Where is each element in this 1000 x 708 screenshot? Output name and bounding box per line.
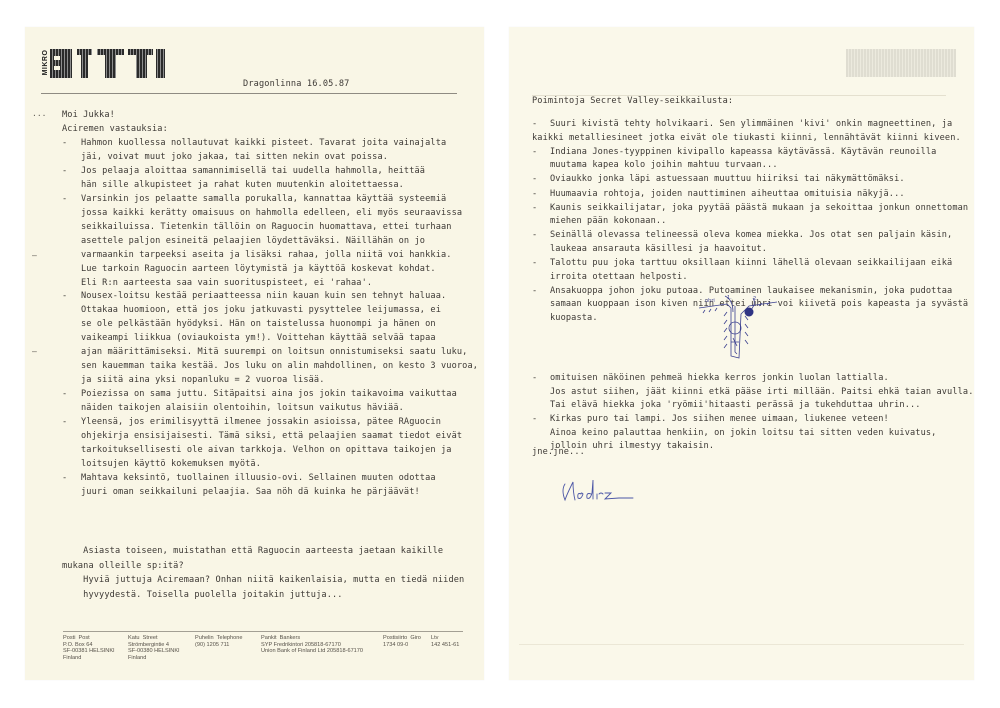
answer-line: seikkailuissa. Tietenkin tällöin on Ragu… (81, 222, 452, 232)
margin-mark: — (32, 347, 37, 356)
answer-line: Lue tarkoin Raguocin aarteen löytymistä … (81, 264, 436, 274)
footer-line: Ltv (431, 635, 459, 642)
footer-line: Katu Street (128, 635, 180, 642)
bullet-dash: - (532, 414, 537, 424)
answer-line: se ole pelkästään hyödyksi. Hän on taist… (81, 319, 436, 329)
answer-line: varmaankin tarpeeksi aseita ja lisäksi r… (81, 250, 452, 260)
margin-mark: ... (32, 109, 46, 118)
footer-line: SF-00380 HELSINKI (128, 648, 180, 655)
bullet-dash: - (62, 291, 67, 301)
closing-line: mukana olleille sp:itä? (62, 561, 184, 571)
answer-line: ohjekirja ensisijaisesti. Tämä siksi, et… (81, 431, 462, 441)
answer-line: Jos pelaaja aloittaa samannimisellä tai … (81, 166, 425, 176)
greeting: Moi Jukka! (62, 110, 115, 120)
answer-line: tarkoituksellisesti ole aivan tarkkoja. … (81, 445, 452, 455)
idea-line: Suuri kivistä tehty holvikaari. Sen ylim… (550, 119, 952, 129)
answer-line: jäi, voivat muut joko jakaa, tai sitten … (81, 152, 388, 162)
bullet-dash: - (62, 166, 67, 176)
footer-column: Katu StreetStrömbergintie 4SF-00380 HELS… (128, 635, 180, 661)
letter-page-left: MIKRO Dragonlinna 16.05.87 ... — — Moi J… (25, 27, 484, 680)
footer-column: Postisiirto Giro1734 09-0 (383, 635, 421, 648)
bullet-dash: - (532, 258, 537, 268)
footer-line: Finland (128, 655, 180, 662)
idea-line: Tai elävä hiekka joka 'ryömii'hitaasti p… (550, 400, 921, 410)
footer-line: P.O. Box 64 (63, 642, 115, 649)
idea-line: Talottu puu joka tarttuu oksillaan kiinn… (550, 258, 952, 268)
answer-line: Ottakaa huomioon, että jos joku jatkuvas… (81, 305, 441, 315)
footer-line: Strömbergintie 4 (128, 642, 180, 649)
logo-mikro-text: MIKRO (42, 48, 49, 77)
footer-line: SYP Fredrikintori 205818-67170 (261, 642, 363, 649)
idea-line: irroita otettaan helposti. (550, 272, 688, 282)
answer-line: hän sille alkupisteet ja rahat kuten muu… (81, 180, 404, 190)
handwritten-signature (559, 476, 639, 506)
sketch-label-2: 2. (753, 296, 758, 302)
bullet-dash: - (62, 417, 67, 427)
footer-column: Pankit BankersSYP Fredrikintori 205818-6… (261, 635, 363, 655)
idea-line: Indiana Jones-tyyppinen kivipallo kapeas… (550, 147, 936, 157)
bullet-dash: - (532, 373, 537, 383)
answer-line: Eli R:n aarteesta saa vain suorituspiste… (81, 278, 372, 288)
answer-line: loitsujen käyttö kokemuksen myötä. (81, 459, 261, 469)
idea-line: muutama kapea kolo joihin mahtuu turvaan… (550, 160, 778, 170)
answer-line: näiden taikojen alaisiin olentoihin, loi… (81, 403, 404, 413)
footer-column: Posti PostP.O. Box 64SF-00381 HELSINKIFi… (63, 635, 115, 661)
bullet-dash: - (532, 203, 537, 213)
idea-line: omituisen näköinen pehmeä hiekka kerros … (550, 373, 889, 383)
answer-line: ja siitä aina yksi nopanluku = 2 vuoroa … (81, 375, 325, 385)
sketch-label-victim: uhri (705, 298, 715, 304)
answer-line: Nousex-loitsu kestää periaatteessa niin … (81, 291, 446, 301)
answer-line: Hahmon kuollessa nollautuvat kaikki pist… (81, 138, 446, 148)
intro: Aciremen vastauksia: (62, 124, 168, 134)
header-rule (41, 93, 457, 94)
mikrobitti-logo: MIKRO (41, 49, 165, 78)
answer-line: Mahtava keksintö, tuollainen illuusio-ov… (81, 473, 436, 483)
closing-line: Hyviä juttuja Aciremaan? Onhan niitä kai… (62, 575, 464, 585)
idea-line: Seinällä olevassa telineessä oleva komea… (550, 230, 952, 240)
closing-line: Asiasta toiseen, muistathan että Raguoci… (62, 546, 443, 556)
footer-line: Union Bank of Finland Ltd 205818-67170 (261, 648, 363, 655)
bullet-dash: - (532, 119, 537, 129)
pit-trap-sketch: uhri 1. 2. (697, 294, 797, 364)
answer-line: Poiezissa on sama juttu. Sitäpaitsi aina… (81, 389, 457, 399)
idea-line: miehen pään kokonaan.. (550, 216, 666, 226)
answer-line: sen kauemman taika kestää. Jos luku on a… (81, 361, 478, 371)
answer-line: Yleensä, jos erimilisyyttä ilmenee jossa… (81, 417, 441, 427)
footer-rule (63, 631, 463, 632)
answer-line: Varsinkin jos pelaatte samalla porukalla… (81, 194, 446, 204)
footer-line: Pankit Bankers (261, 635, 363, 642)
bullet-dash: - (62, 194, 67, 204)
bullet-dash: - (532, 147, 537, 157)
footer-line: 1734 09-0 (383, 642, 421, 649)
idea-line: Oviaukko jonka läpi astuessaan muuttuu h… (550, 174, 905, 184)
footer-column: Puhelin Telephone(90) 1205 711 (195, 635, 242, 648)
answer-line: asettele paljon esineitä pelaajien löyde… (81, 236, 425, 246)
idea-line: Ainoa keino palauttaa henkiin, on jokin … (550, 428, 936, 438)
answer-line: jossa kaikki kerätty omaisuus on hahmoll… (81, 208, 462, 218)
idea-line: kuopasta. (550, 313, 598, 323)
sketch-label-1: 1. (727, 295, 732, 301)
show-through-logo (846, 49, 956, 77)
bullet-dash: - (62, 473, 67, 483)
show-through-footer-rule (519, 644, 964, 645)
idea-line: Jos astut siihen, jäät kiinni etkä pääse… (550, 387, 974, 397)
answer-line: vaikeampi liikkua (oviaukoista ym!). Voi… (81, 333, 436, 343)
page-heading: Poimintoja Secret Valley-seikkailusta: (532, 96, 733, 106)
footer-line: Postisiirto Giro (383, 635, 421, 642)
answer-line: juuri oman seikkailuni pelaajia. Saa nöh… (81, 487, 420, 497)
idea-line: Huumaavia rohtoja, joiden nauttiminen ai… (550, 189, 905, 199)
signoff: jne.jne... (532, 447, 585, 457)
footer-line: Puhelin Telephone (195, 635, 242, 642)
idea-line: kaikki metalliesineet jotka eivät ole ti… (532, 133, 961, 143)
idea-line: laukeaa ansarauta käsillesi ja haavoitut… (550, 244, 767, 254)
logo-bitti-letters (50, 49, 165, 78)
bullet-dash: - (532, 189, 537, 199)
footer-line: Posti Post (63, 635, 115, 642)
bullet-dash: - (532, 230, 537, 240)
bullet-dash: - (62, 138, 67, 148)
idea-line: Kaunis seikkailijatar, joka pyytää pääst… (550, 203, 968, 213)
bullet-dash: - (62, 389, 67, 399)
bullet-dash: - (532, 286, 537, 296)
idea-line: Kirkas puro tai lampi. Jos siihen menee … (550, 414, 889, 424)
dateline: Dragonlinna 16.05.87 (243, 79, 349, 89)
closing-line: hyvyydestä. Toisella puolella joitakin j… (62, 590, 343, 600)
bullet-dash: - (532, 174, 537, 184)
margin-mark: — (32, 251, 37, 260)
logo-mikro-label: MIKRO (41, 49, 49, 78)
footer-line: 142 451-61 (431, 642, 459, 649)
footer-line: (90) 1205 711 (195, 642, 242, 649)
answer-line: ajan määrittämiseksi. Mitä suurempi on l… (81, 347, 467, 357)
footer-column: Ltv142 451-61 (431, 635, 459, 648)
footer-line: SF-00381 HELSINKI (63, 648, 115, 655)
footer-line: Finland (63, 655, 115, 662)
letter-page-right: Poimintoja Secret Valley-seikkailusta: -… (509, 27, 974, 680)
